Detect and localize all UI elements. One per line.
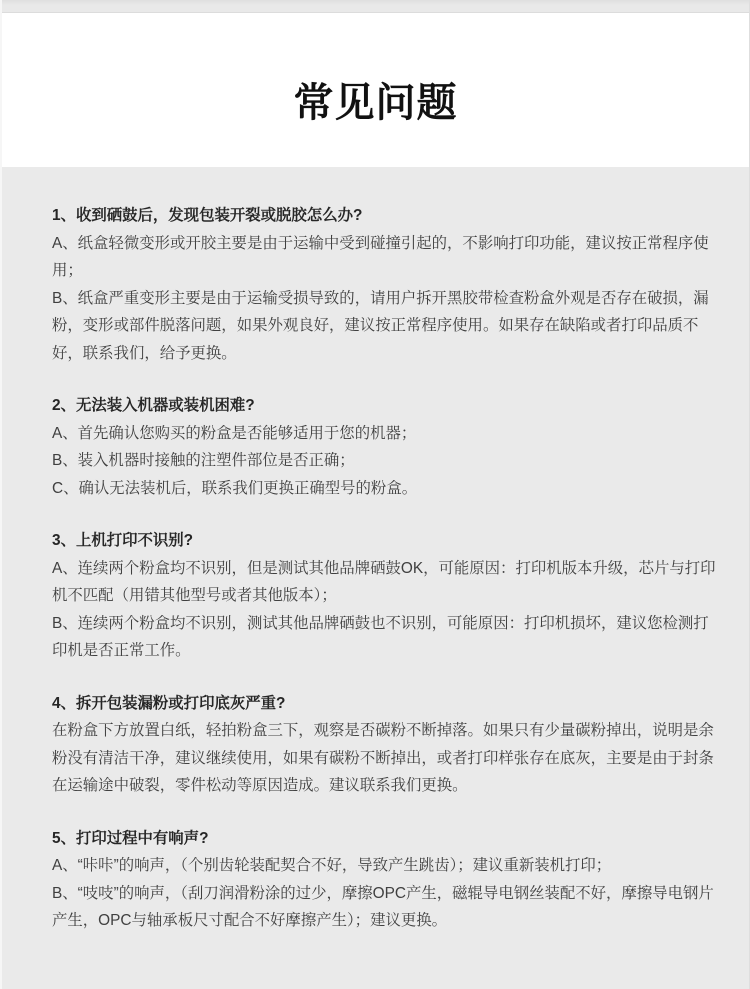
faq-item: 4、拆开包装漏粉或打印底灰严重?在粉盒下方放置白纸，轻拍粉盒三下，观察是否碳粉不…	[52, 690, 720, 800]
faq-answer: 在粉盒下方放置白纸，轻拍粉盒三下，观察是否碳粉不断掉落。如果只有少量碳粉掉出，说…	[52, 717, 720, 800]
faq-question: 1、收到硒鼓后，发现包装开裂或脱胶怎么办?	[52, 202, 720, 230]
faq-item: 3、上机打印不识别?A、连续两个粉盒均不识别，但是测试其他品牌硒鼓OK，可能原因…	[52, 527, 720, 665]
faq-question: 3、上机打印不识别?	[52, 527, 720, 555]
faq-list: 1、收到硒鼓后，发现包装开裂或脱胶怎么办?A、纸盒轻微变形或开胶主要是由于运输中…	[52, 202, 749, 935]
faq-question: 2、无法装入机器或装机困难?	[52, 392, 720, 420]
section-header: 常见问题	[2, 13, 749, 167]
faq-item: 1、收到硒鼓后，发现包装开裂或脱胶怎么办?A、纸盒轻微变形或开胶主要是由于运输中…	[52, 202, 720, 367]
faq-item: 2、无法装入机器或装机困难?A、首先确认您购买的粉盒是否能够适用于您的机器；B、…	[52, 392, 720, 502]
faq-question: 5、打印过程中有响声?	[52, 825, 720, 853]
faq-answer: B、装入机器时接触的注塑件部位是否正确；	[52, 447, 720, 475]
faq-item: 5、打印过程中有响声?A、“咔咔”的响声，（个别齿轮装配契合不好，导致产生跳齿）…	[52, 825, 720, 935]
faq-answer: B、“吱吱”的响声，（刮刀润滑粉涂的过少，摩擦OPC产生，磁辊导电钢丝装配不好，…	[52, 880, 720, 935]
faq-section: 1、收到硒鼓后，发现包装开裂或脱胶怎么办?A、纸盒轻微变形或开胶主要是由于运输中…	[2, 167, 749, 988]
faq-answer: A、连续两个粉盒均不识别，但是测试其他品牌硒鼓OK，可能原因：打印机版本升级，芯…	[52, 555, 720, 610]
faq-answer: A、首先确认您购买的粉盒是否能够适用于您的机器；	[52, 420, 720, 448]
faq-question: 4、拆开包装漏粉或打印底灰严重?	[52, 690, 720, 718]
faq-answer: B、纸盒严重变形主要是由于运输受损导致的，请用户拆开黑胶带检查粉盒外观是否存在破…	[52, 285, 720, 368]
page-title: 常见问题	[2, 13, 749, 123]
faq-answer: A、纸盒轻微变形或开胶主要是由于运输中受到碰撞引起的，不影响打印功能，建议按正常…	[52, 230, 720, 285]
top-divider-strip	[2, 0, 749, 13]
faq-answer: C、确认无法装机后，联系我们更换正确型号的粉盒。	[52, 475, 720, 503]
faq-answer: B、连续两个粉盒均不识别，测试其他品牌硒鼓也不识别，可能原因：打印机损坏，建议您…	[52, 610, 720, 665]
faq-answer: A、“咔咔”的响声，（个别齿轮装配契合不好，导致产生跳齿）；建议重新装机打印；	[52, 852, 720, 880]
faq-page: 常见问题 1、收到硒鼓后，发现包装开裂或脱胶怎么办?A、纸盒轻微变形或开胶主要是…	[0, 0, 750, 989]
